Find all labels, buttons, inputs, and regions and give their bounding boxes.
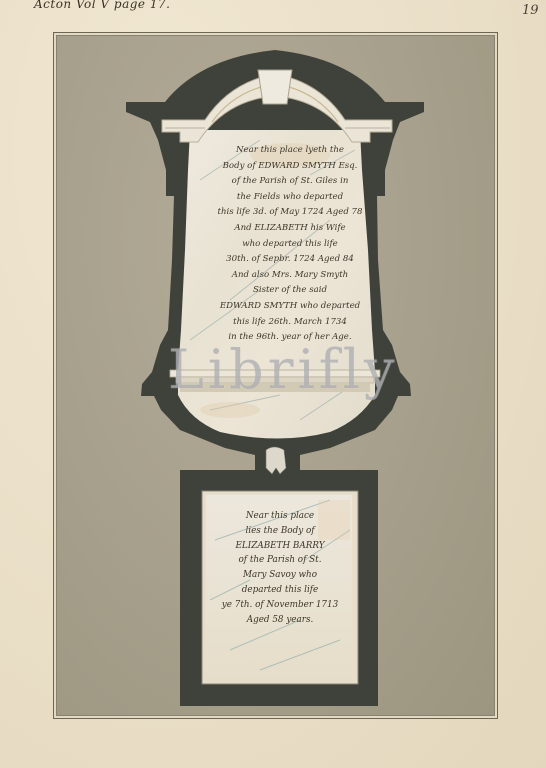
- upper-inscription: Near this place lyeth the Body of EDWARD…: [190, 143, 390, 346]
- inscription-line: Aged 58 years.: [205, 613, 355, 628]
- inscription-line: this life 26th. March 1734: [190, 315, 390, 331]
- watermark: Librifly: [168, 338, 399, 401]
- inscription-line: Mary Savoy who: [205, 568, 355, 583]
- inscription-line: And ELIZABETH his Wife: [190, 221, 390, 237]
- inscription-line: who departed this life: [190, 237, 390, 253]
- inscription-line: ye 7th. of November 1713: [205, 598, 355, 613]
- inscription-line: And also Mrs. Mary Smyth: [190, 268, 390, 284]
- inscription-line: 30th. of Sepbr. 1724 Aged 84: [190, 252, 390, 268]
- inscription-line: Body of EDWARD SMYTH Esq.: [190, 159, 390, 175]
- lower-inscription: Near this place lies the Body of ELIZABE…: [205, 509, 355, 627]
- inscription-line: the Fields who departed: [190, 190, 390, 206]
- inscription-line: of the Parish of St. Giles in: [190, 174, 390, 190]
- inscription-line: of the Parish of St.: [205, 553, 355, 568]
- inscription-line: lies the Body of: [205, 524, 355, 539]
- inscription-line: Near this place lyeth the: [190, 143, 390, 159]
- inscription-line: departed this life: [205, 583, 355, 598]
- inscription-line: EDWARD SMYTH who departed: [190, 299, 390, 315]
- inscription-line: Sister of the said: [190, 283, 390, 299]
- inscription-line: ELIZABETH BARRY: [205, 539, 355, 554]
- inscription-line: Near this place: [205, 509, 355, 524]
- inscription-line: this life 3d. of May 1724 Aged 78: [190, 205, 390, 221]
